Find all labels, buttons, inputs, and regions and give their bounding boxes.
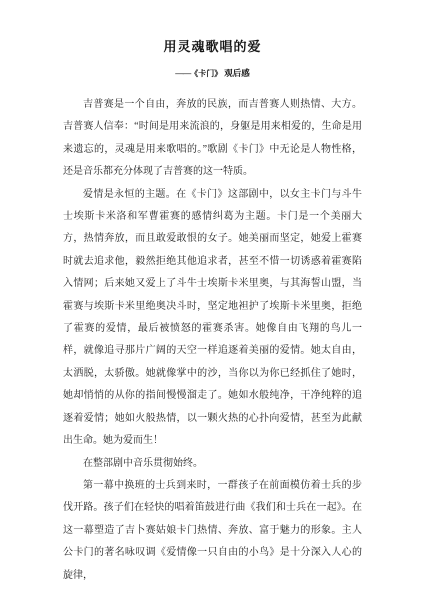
- page-subtitle: ——《卡门》观后感: [63, 68, 362, 79]
- document-page: 用灵魂歌唱的爱 ——《卡门》观后感 吉普赛是一个自由，奔放的民族，而吉普赛人则热…: [0, 0, 424, 600]
- paragraph-1: 吉普赛是一个自由，奔放的民族，而吉普赛人则热情、大方。吉普赛人信奉：“时间是用来…: [63, 94, 362, 184]
- document-body: 吉普赛是一个自由，奔放的民族，而吉普赛人则热情、大方。吉普赛人信奉：“时间是用来…: [63, 94, 362, 587]
- subtitle-dash: ——: [175, 68, 190, 78]
- paragraph-3: 在整部剧中音乐贯彻始终。: [63, 453, 362, 475]
- page-title: 用灵魂歌唱的爱: [63, 38, 362, 55]
- subtitle-suffix: 观后感: [224, 68, 250, 78]
- paragraph-4: 第一幕中换班的士兵到来时，一群孩子在前面模仿着士兵的步伐开路。孩子们在轻快的唱着…: [63, 475, 362, 587]
- paragraph-2: 爱情是永恒的主题。在《卡门》这部剧中，以女主卡门与斗牛士埃斯卡米洛和军曹霍赛的感…: [63, 184, 362, 453]
- subtitle-book-title: 《卡门》: [190, 69, 222, 78]
